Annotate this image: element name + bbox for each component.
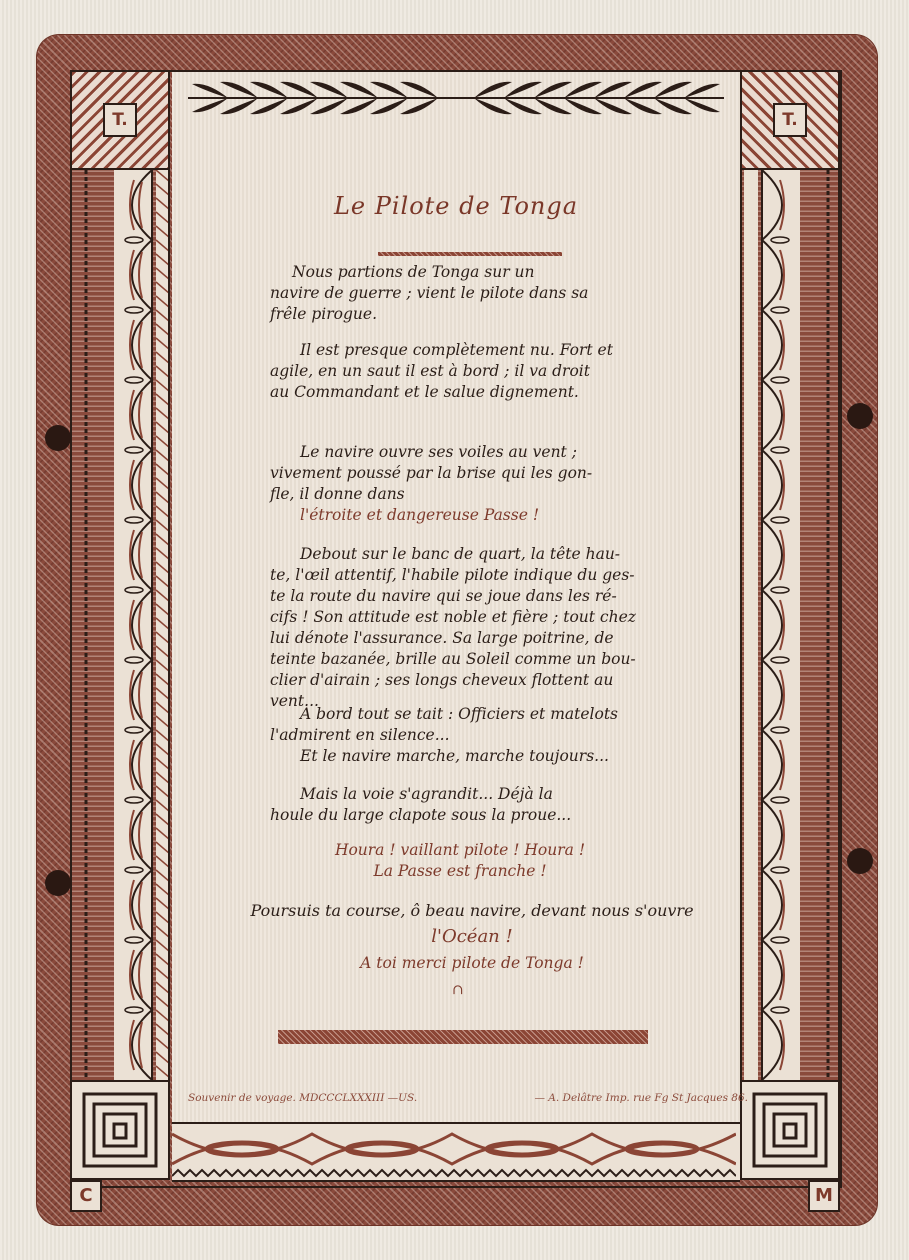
p3-line-4: l'étroite et dangereuse Passe !: [270, 505, 662, 526]
paragraph-1: Nous partions de Tonga sur un navire de …: [270, 262, 662, 325]
p8-line-2: l'Océan !: [232, 924, 712, 950]
square-spiral-icon: [742, 1082, 838, 1178]
p5-line-3: Et le navire marche, marche toujours...: [270, 746, 662, 767]
p1-line-3: frêle pirogue.: [270, 304, 662, 325]
closing-flourish-icon: ∩: [452, 982, 464, 998]
p2-line-1: Il est presque complètement nu. Fort et: [270, 340, 662, 361]
p4-line-6: teinte bazanée, brille au Soleil comme u…: [270, 649, 662, 670]
paragraph-6: Mais la voie s'agrandit... Déjà la houle…: [270, 784, 662, 826]
p8-line-3: A toi merci pilote de Tonga !: [232, 950, 712, 976]
left-ornamental-band: [70, 170, 170, 1082]
imprint-left: Souvenir de voyage. MDCCCLXXXIII —US.: [188, 1092, 417, 1104]
leaf-garland-icon: [178, 76, 734, 122]
printer-imprint: Souvenir de voyage. MDCCCLXXXIII —US. — …: [188, 1092, 748, 1104]
p4-line-2: te, l'œil attentif, l'habile pilote indi…: [270, 565, 662, 586]
nail-hole-icon: [45, 870, 71, 896]
p4-line-1: Debout sur le banc de quart, la tête hau…: [270, 544, 662, 565]
p3-line-2: vivement poussé par la brise qui les gon…: [270, 463, 662, 484]
p4-line-5: lui dénote l'assurance. Sa large poitrin…: [270, 628, 662, 649]
p7-line-2: La Passe est franche !: [300, 861, 620, 882]
p7-line-1: Houra ! vaillant pilote ! Houra !: [300, 840, 620, 861]
p2-line-2: agile, en un saut il est à bord ; il va …: [270, 361, 662, 382]
corner-letter-bottom-right: M: [808, 1180, 840, 1212]
nail-hole-icon: [847, 403, 873, 429]
interlaced-wave-pattern-icon: [172, 1124, 736, 1180]
p1-line-2: navire de guerre ; vient le pilote dans …: [270, 283, 662, 304]
bottom-left-spiral-ornament: [70, 1080, 170, 1180]
top-left-corner-ornament: T.: [70, 70, 170, 170]
corner-letter-bottom-left: C: [70, 1180, 102, 1212]
paragraph-5: A bord tout se tait : Officiers et matel…: [270, 704, 662, 767]
p6-line-2: houle du large clapote sous la proue...: [270, 805, 662, 826]
corner-letter-top-right: T.: [773, 103, 807, 137]
nail-hole-icon: [847, 848, 873, 874]
p4-line-7: clier d'airain ; ses longs cheveux flott…: [270, 670, 662, 691]
bottom-decorative-rule: [278, 1030, 648, 1044]
paragraph-3: Le navire ouvre ses voiles au vent ; viv…: [270, 442, 662, 526]
right-ornamental-band: [740, 170, 840, 1082]
right-scallop-pattern-icon: [742, 170, 840, 1082]
bottom-right-spiral-ornament: [740, 1080, 840, 1180]
p8-line-1: Poursuis ta course, ô beau navire, devan…: [232, 898, 712, 924]
corner-letter-top-left: T.: [103, 103, 137, 137]
p3-line-3: fle, il donne dans: [270, 484, 662, 505]
title-underline-rule: [378, 252, 562, 256]
paragraph-8: Poursuis ta course, ô beau navire, devan…: [232, 898, 712, 976]
poem-title: Le Pilote de Tonga: [172, 192, 740, 220]
p2-line-3: au Commandant et le salue dignement.: [270, 382, 662, 403]
bottom-wave-band: [172, 1122, 740, 1182]
p6-line-1: Mais la voie s'agrandit... Déjà la: [270, 784, 662, 805]
paragraph-2: Il est presque complètement nu. Fort et …: [270, 340, 662, 403]
left-scallop-pattern-icon: [72, 170, 170, 1082]
p5-line-1: A bord tout se tait : Officiers et matel…: [270, 704, 662, 725]
p4-line-3: te la route du navire qui se joue dans l…: [270, 586, 662, 607]
p1-line-1: Nous partions de Tonga sur un: [270, 262, 662, 283]
p4-line-4: cifs ! Son attitude est noble et fière ;…: [270, 607, 662, 628]
paragraph-7: Houra ! vaillant pilote ! Houra ! La Pas…: [300, 840, 620, 882]
imprint-right: — A. Delâtre Imp. rue Fg St Jacques 86.: [534, 1092, 748, 1104]
top-right-corner-ornament: T.: [740, 70, 840, 170]
p5-line-2: l'admirent en silence...: [270, 725, 662, 746]
paragraph-4: Debout sur le banc de quart, la tête hau…: [270, 544, 662, 712]
nail-hole-icon: [45, 425, 71, 451]
p3-line-1: Le navire ouvre ses voiles au vent ;: [270, 442, 662, 463]
square-spiral-icon: [72, 1082, 168, 1178]
